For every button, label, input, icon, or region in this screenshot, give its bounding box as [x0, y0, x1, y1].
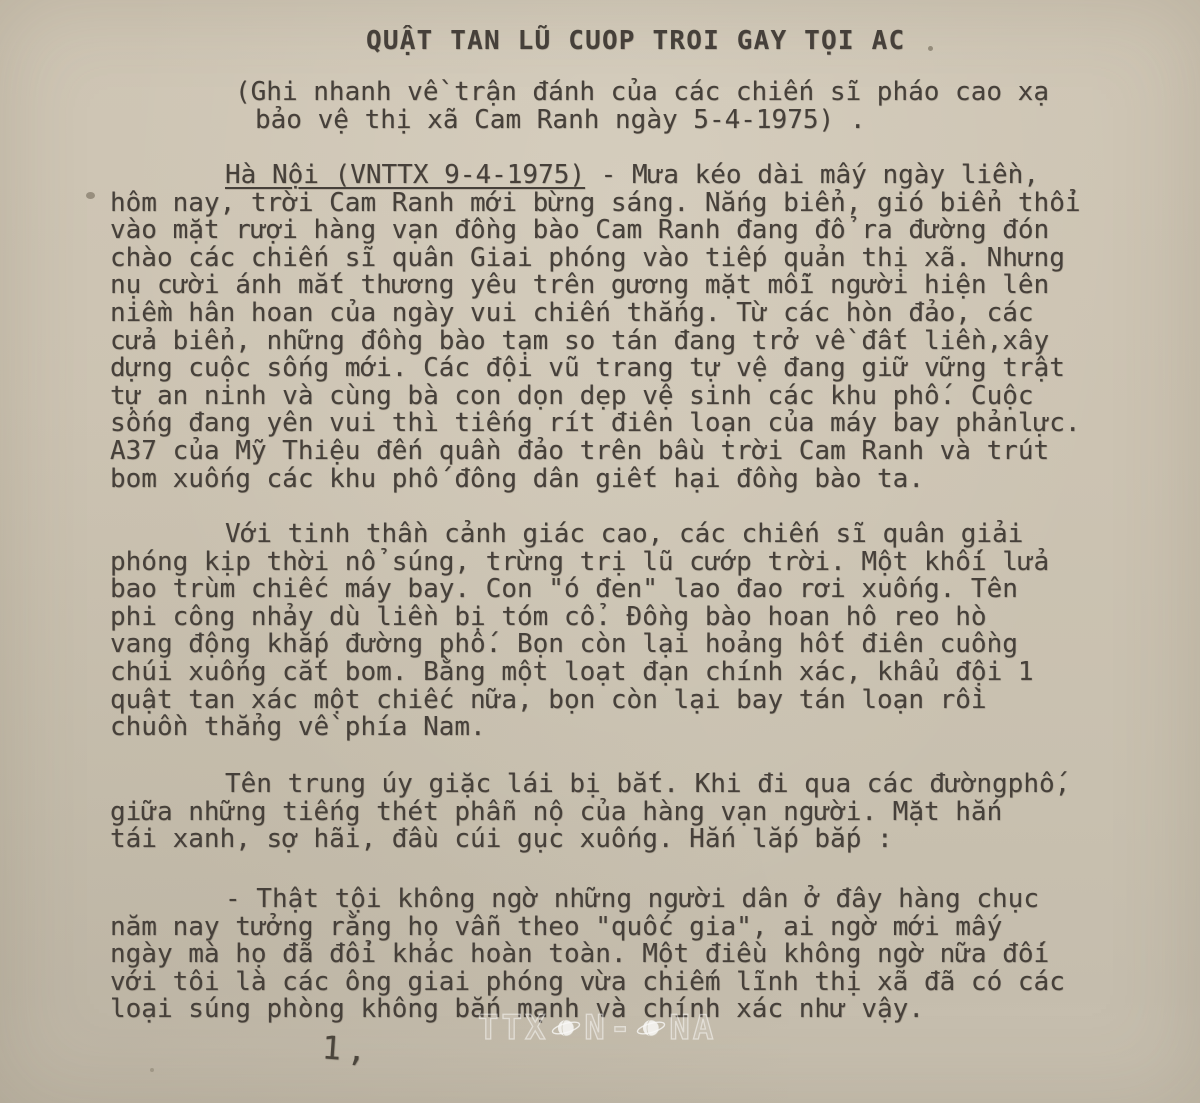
paragraph: Với tinh thần cảnh giác cao, các chiến s… — [110, 521, 1160, 742]
watermark-text: NA — [669, 1008, 716, 1048]
text-line: phi công nhảy dù liền bị tóm cổ. Đồng bà… — [110, 604, 1160, 632]
text-line: bom xuống các khu phố đông dân giết hại … — [110, 466, 1160, 494]
paragraph: Tên trung úy giặc lái bị bắt. Khi đi qua… — [110, 771, 1160, 854]
scanned-document-page: QUẬT TAN LŨ CUOP TROI GAY TỌI AC (Ghi nh… — [0, 0, 1200, 1103]
text-line: tái xanh, sợ hãi, đầu cúi gục xuống. Hắn… — [110, 826, 1160, 854]
text-line: - Thật tội không ngờ những người dân ở đ… — [110, 886, 1160, 914]
dateline-rest: - Mưa kéo dài mấy ngày liền, — [585, 160, 1039, 190]
text-line: cửa biển, những đồng bào tạm so tán đang… — [110, 328, 1160, 356]
text-line: Hà Nội (VNTTX 9-4-1975) - Mưa kéo dài mấ… — [110, 162, 1160, 190]
text-line: giữa những tiếng thét phẫn nộ của hàng v… — [110, 799, 1160, 827]
paper-speck — [86, 192, 95, 199]
paragraph: - Thật tội không ngờ những người dân ở đ… — [110, 886, 1160, 1024]
text-line: với tôi là các ông giai phóng vừa chiếm … — [110, 969, 1160, 997]
dateline: Hà Nội (VNTTX 9-4-1975) — [225, 160, 585, 190]
text-line: năm nay tưởng rằng họ vẫn theo "quốc gia… — [110, 914, 1160, 942]
globe-icon — [636, 1014, 666, 1042]
text-line: dựng cuộc sống mới. Các đội vũ trang tự … — [110, 355, 1160, 383]
text-line: Tên trung úy giặc lái bị bắt. Khi đi qua… — [110, 771, 1160, 799]
text-line: phóng kịp thời nổ súng, trừng trị lũ cướ… — [110, 549, 1160, 577]
text-line: vào mặt rượi hàng vạn đồng bào Cam Ranh … — [110, 217, 1160, 245]
text-line: A37 của Mỹ Thiệu đến quần đảo trên bầu t… — [110, 438, 1160, 466]
text-line: bao trùm chiếc máy bay. Con "ó đen" lao … — [110, 576, 1160, 604]
text-line: Với tinh thần cảnh giác cao, các chiến s… — [110, 521, 1160, 549]
text-line: niềm hân hoan của ngày vui chiến thắng. … — [110, 300, 1160, 328]
text-line: hôm nay, trời Cam Ranh mới bừng sáng. Nắ… — [110, 190, 1160, 218]
subtitle-line: (Ghi nhanh về trận đánh của các chiến sĩ… — [235, 78, 1049, 106]
text-line: vang động khắp đường phố. Bọn còn lại ho… — [110, 631, 1160, 659]
text-line: nụ cười ánh mắt thương yêu trên gương mặ… — [110, 272, 1160, 300]
paper-speck — [477, 247, 481, 251]
watermark-separator: - — [610, 1008, 633, 1048]
paragraph-lines: Với tinh thần cảnh giác cao, các chiến s… — [110, 521, 1160, 742]
paragraph-lines: - Thật tội không ngờ những người dân ở đ… — [110, 886, 1160, 1024]
watermark-text: N — [584, 1008, 607, 1048]
text-line: sống đang yên vui thì tiếng rít điên loạ… — [110, 410, 1160, 438]
ttxvn-vna-watermark: TTXN-NA — [478, 1008, 716, 1048]
paragraph: Hà Nội (VNTTX 9-4-1975) - Mưa kéo dài mấ… — [110, 162, 1160, 493]
paper-speck — [150, 1068, 154, 1072]
paragraph-lines: hôm nay, trời Cam Ranh mới bừng sáng. Nắ… — [110, 190, 1160, 494]
handwritten-ink-mark: 1, — [321, 1028, 374, 1069]
paper-speck — [928, 46, 933, 51]
text-line: chuồn thẳng về phía Nam. — [110, 714, 1160, 742]
paragraph-lines: Tên trung úy giặc lái bị bắt. Khi đi qua… — [110, 771, 1160, 854]
text-line: ngày mà họ đã đổi khác hoàn toàn. Một đi… — [110, 941, 1160, 969]
subtitle-line: bảo vệ thị xã Cam Ranh ngày 5-4-1975) . — [255, 106, 1049, 134]
text-line: chúi xuống cắt bom. Bằng một loạt đạn ch… — [110, 659, 1160, 687]
watermark-text: TTX — [478, 1008, 548, 1048]
text-line: quật tan xác một chiếc nữa, bọn còn lại … — [110, 687, 1160, 715]
globe-icon — [551, 1014, 581, 1042]
text-line: chào các chiến sĩ quân Giai phóng vào ti… — [110, 245, 1160, 273]
page-title: QUẬT TAN LŨ CUOP TROI GAY TỌI AC — [366, 26, 905, 56]
subtitle: (Ghi nhanh về trận đánh của các chiến sĩ… — [235, 78, 1049, 134]
text-line: tự an ninh và cùng bà con dọn dẹp vệ sin… — [110, 383, 1160, 411]
